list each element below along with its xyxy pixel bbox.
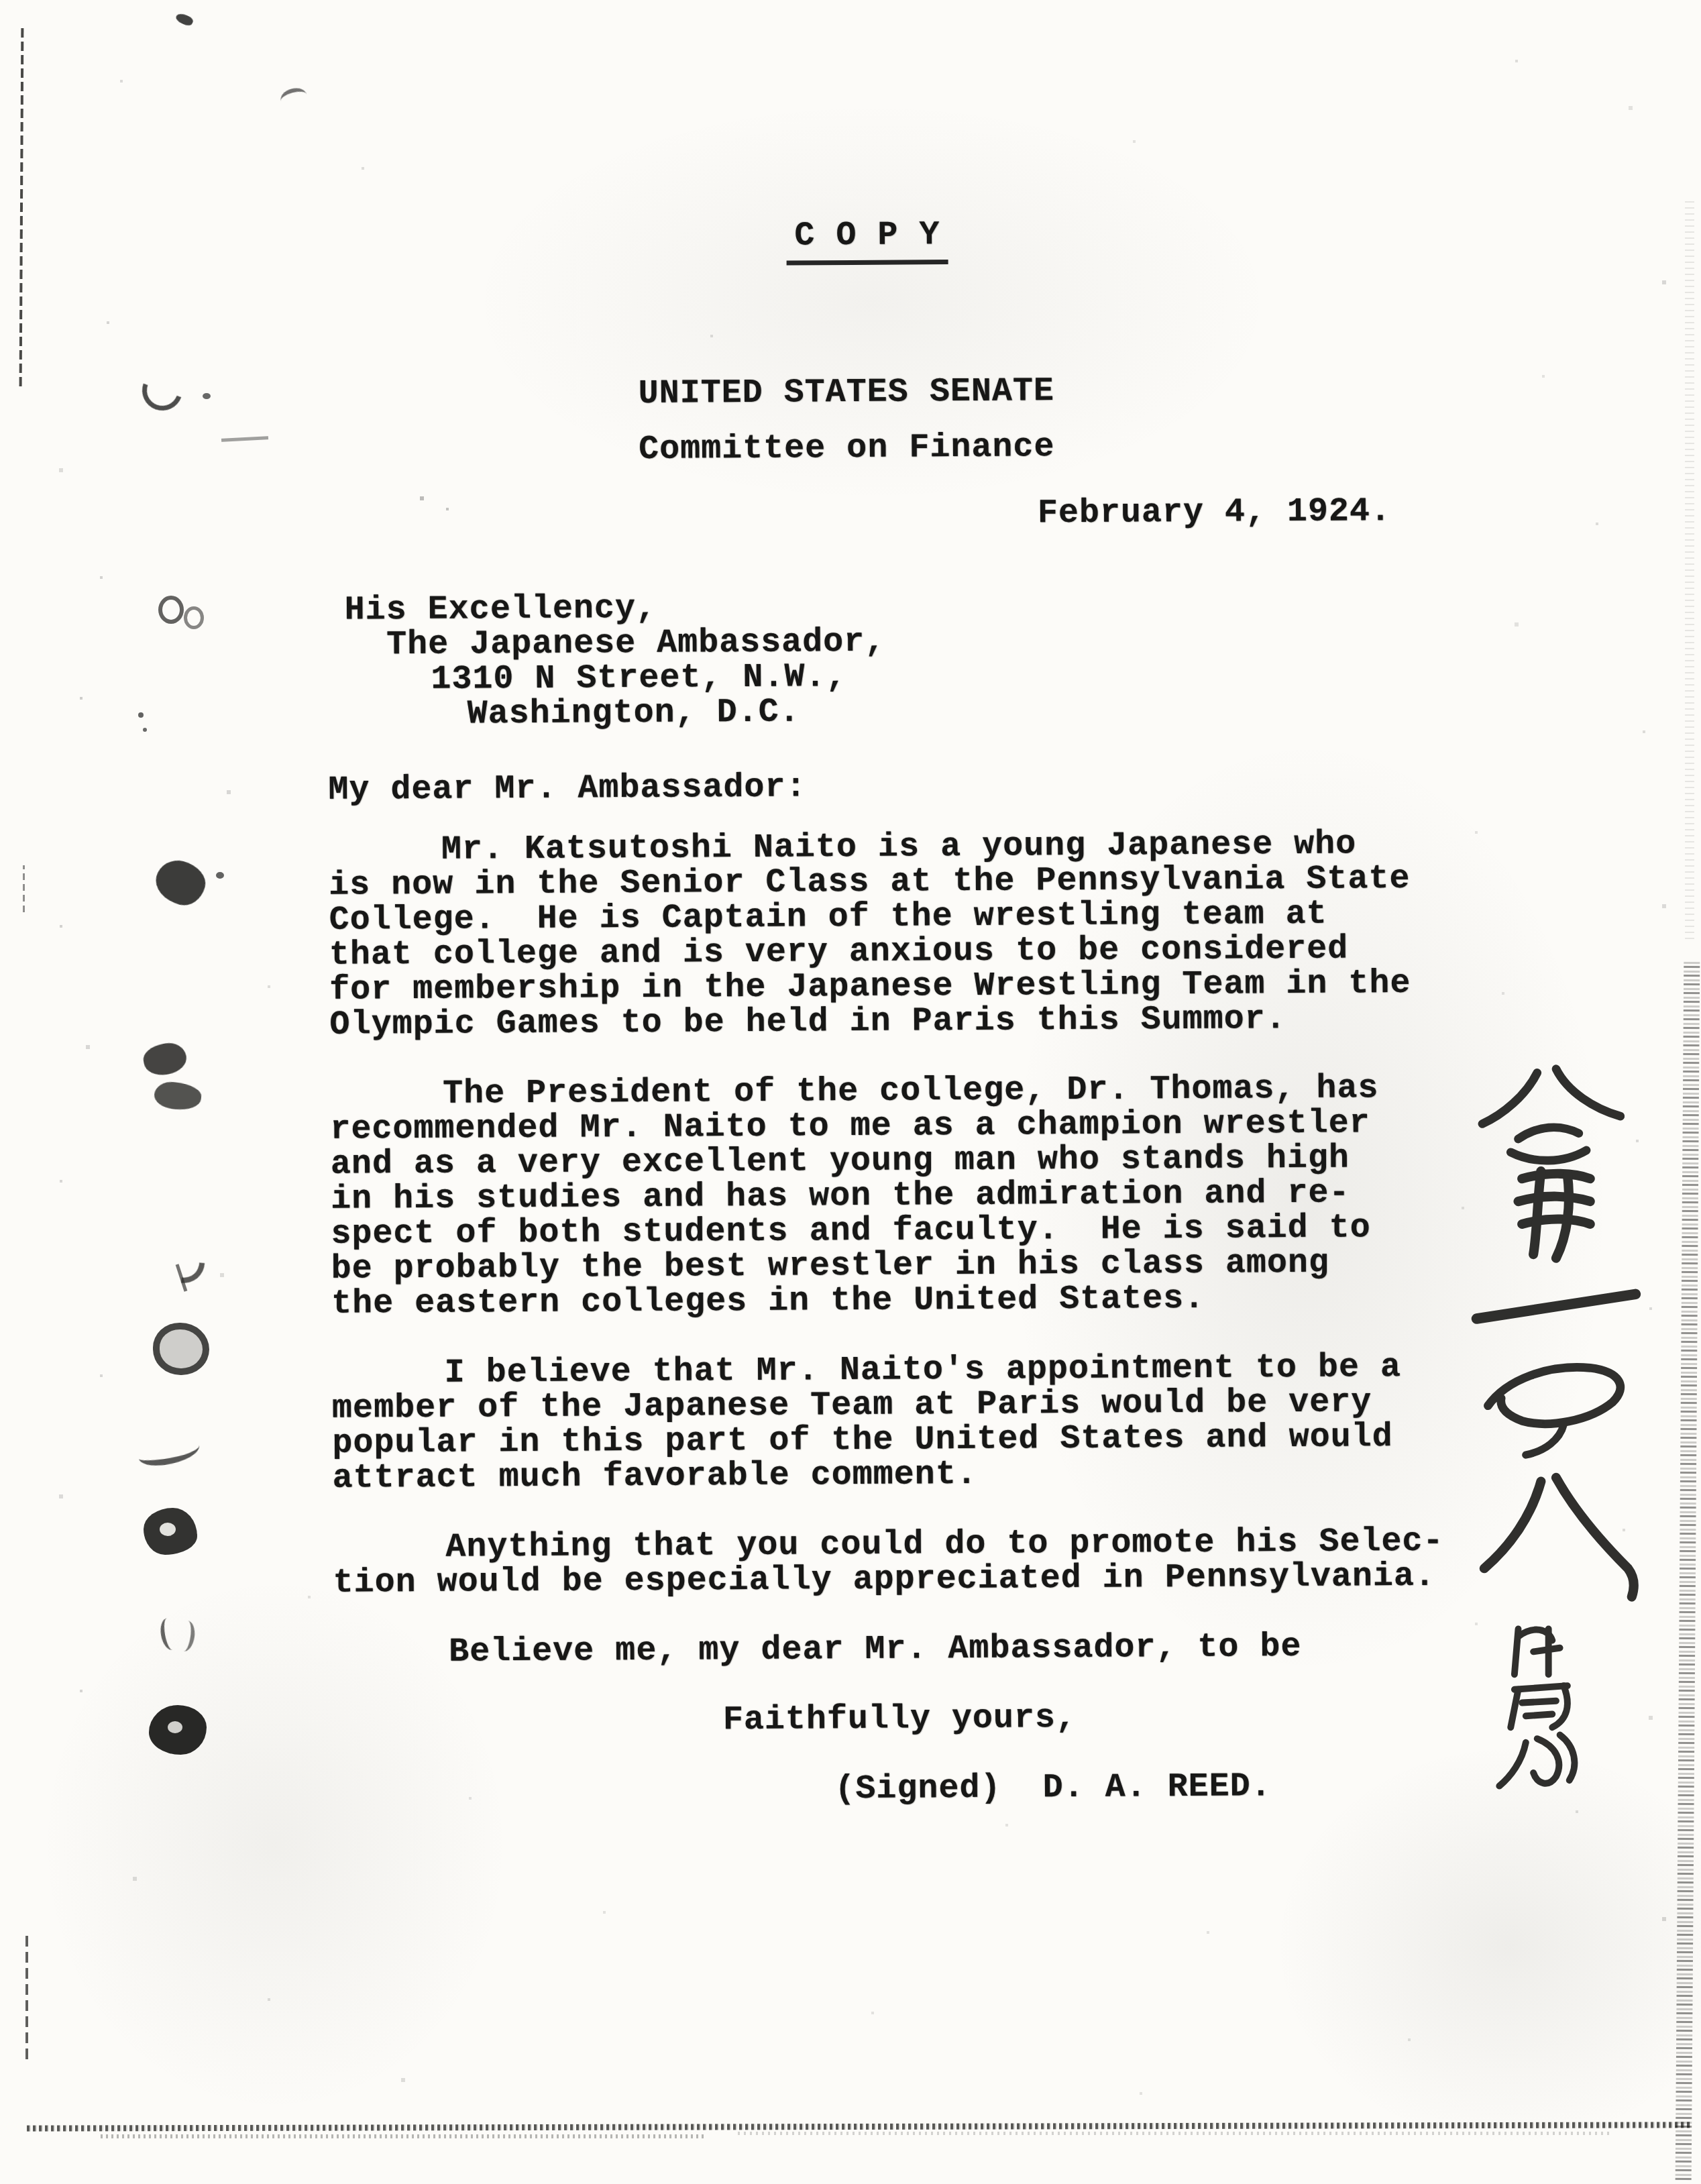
scan-edge-left-tick [25,1932,28,2059]
recipient-address-block: His Excellency, The Japanese Ambassador,… [345,590,886,733]
handwritten-japanese-annotation [1450,1014,1671,1812]
scan-edge-left-tick [23,865,25,912]
scan-edge-bottom-band [101,2134,704,2138]
ink-smudge [168,1721,182,1733]
body-line: tion would be especially appreciated in … [333,1560,1444,1601]
address-line: His Excellency, [345,590,885,629]
ink-smudge [184,606,204,629]
body-line: attract much favorable comment. [333,1455,1403,1496]
address-line: The Japanese Ambassador, [345,625,885,663]
typewritten-text-layer: C O P Y UNITED STATES SENATE Committee o… [0,0,1701,2184]
closing-believe-line: Believe me, my dear Mr. Ambassador, to b… [449,1630,1301,1670]
ink-smudge [203,393,211,399]
date-line: February 4, 1924. [1038,494,1391,531]
valediction: Faithfully yours, [723,1701,1077,1738]
scan-edge-bottom-band [738,2132,1610,2135]
body-line: be probably the best wrestler in his cla… [331,1246,1380,1287]
body-line: popular in this part of the United State… [332,1420,1402,1462]
ink-smudge [158,596,184,624]
scan-edge-right-band [1685,201,1694,939]
letterhead-committee: Committee on Finance [0,426,1697,471]
salutation: My dear Mr. Ambassador: [328,770,806,808]
ink-smudge [138,712,144,718]
paragraph-2: The President of the college, Dr. Thomas… [330,1071,1380,1322]
scan-noise-speckles [0,0,1,1]
body-line: Olympic Games to be held in Paris this S… [329,1001,1411,1043]
paragraph-1: Mr. Katsutoshi Naito is a young Japanese… [329,827,1411,1043]
paragraph-3: I believe that Mr. Naito's appointment t… [332,1350,1402,1496]
body-line: the eastern colleges in the United State… [331,1280,1380,1322]
address-line: Washington, D.C. [345,695,886,733]
ink-smudge [153,1323,209,1375]
address-line: 1310 N Street, N.W., [345,660,885,698]
paragraph-4: Anything that you could do to promote hi… [333,1525,1444,1601]
scanned-letter-page: C O P Y UNITED STATES SENATE Committee o… [0,0,1701,2184]
ink-smudge [160,1523,176,1536]
signature-line: (Signed) D. A. REED. [834,1769,1271,1807]
letterhead-organization: UNITED STATES SENATE [0,370,1697,415]
ink-smudge [216,872,224,879]
copy-label: C O P Y [786,218,948,265]
